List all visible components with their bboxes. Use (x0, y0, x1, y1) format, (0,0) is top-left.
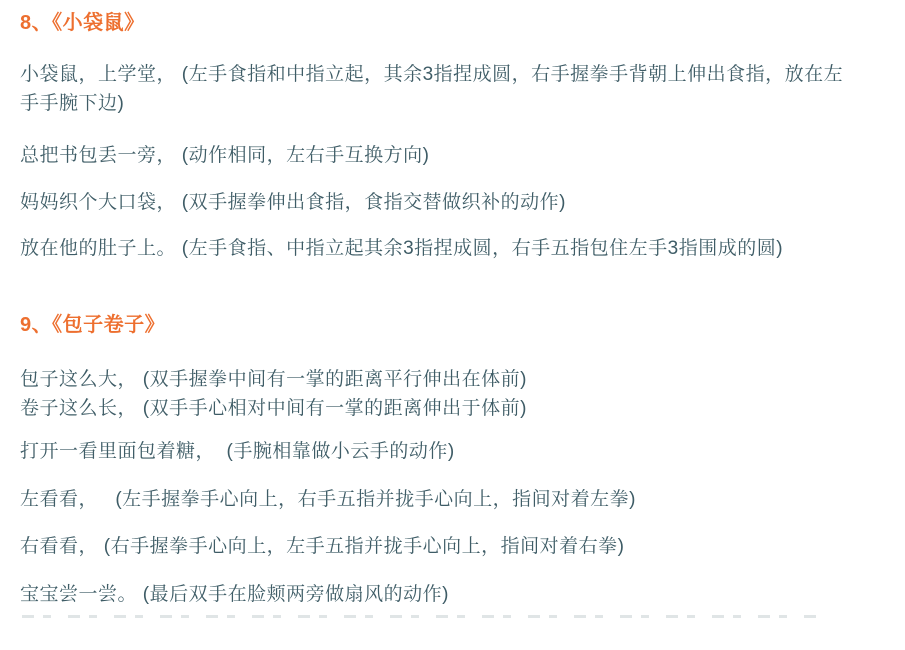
rhyme-line: 左看看， (左手握拳手心向上，右手五指并拢手心向上，指间对着左拳) (20, 485, 636, 514)
rhyme-line: 卷子这么长， (双手手心相对中间有一掌的距离伸出于体前) (20, 394, 527, 423)
section-8-heading: 8、《小袋鼠》 (20, 10, 145, 36)
rhyme-line: 总把书包丢一旁， (动作相同，左右手互换方向) (20, 141, 429, 170)
rhyme-line: 小袋鼠，上学堂， (左手食指和中指立起，其余3指捏成圆，右手握拳手背朝上伸出食指… (20, 60, 843, 89)
rhyme-line: 打开一看里面包着糖， (手腕相靠做小云手的动作) (20, 437, 455, 466)
rhyme-line: 包子这么大， (双手握拳中间有一掌的距离平行伸出在体前) (20, 365, 527, 394)
rhyme-line: 右看看， (右手握拳手心向上，左手五指并拢手心向上，指间对着右拳) (20, 532, 624, 561)
rhyme-line: 手手腕下边) (20, 89, 124, 118)
rhyme-line: 放在他的肚子上。 (左手食指、中指立起其余3指捏成圆，右手五指包住左手3指围成的… (20, 234, 783, 263)
rhyme-line: 妈妈织个大口袋， (双手握拳伸出食指，食指交替做织补的动作) (20, 188, 566, 217)
section-9-heading: 9、《包子卷子》 (20, 312, 165, 338)
clipped-text-remnant (22, 615, 822, 618)
rhyme-line: 宝宝尝一尝。 (最后双手在脸颊两旁做扇风的动作) (20, 580, 449, 609)
rhyme-document: 8、《小袋鼠》 小袋鼠，上学堂， (左手食指和中指立起，其余3指捏成圆，右手握拳… (0, 0, 905, 650)
